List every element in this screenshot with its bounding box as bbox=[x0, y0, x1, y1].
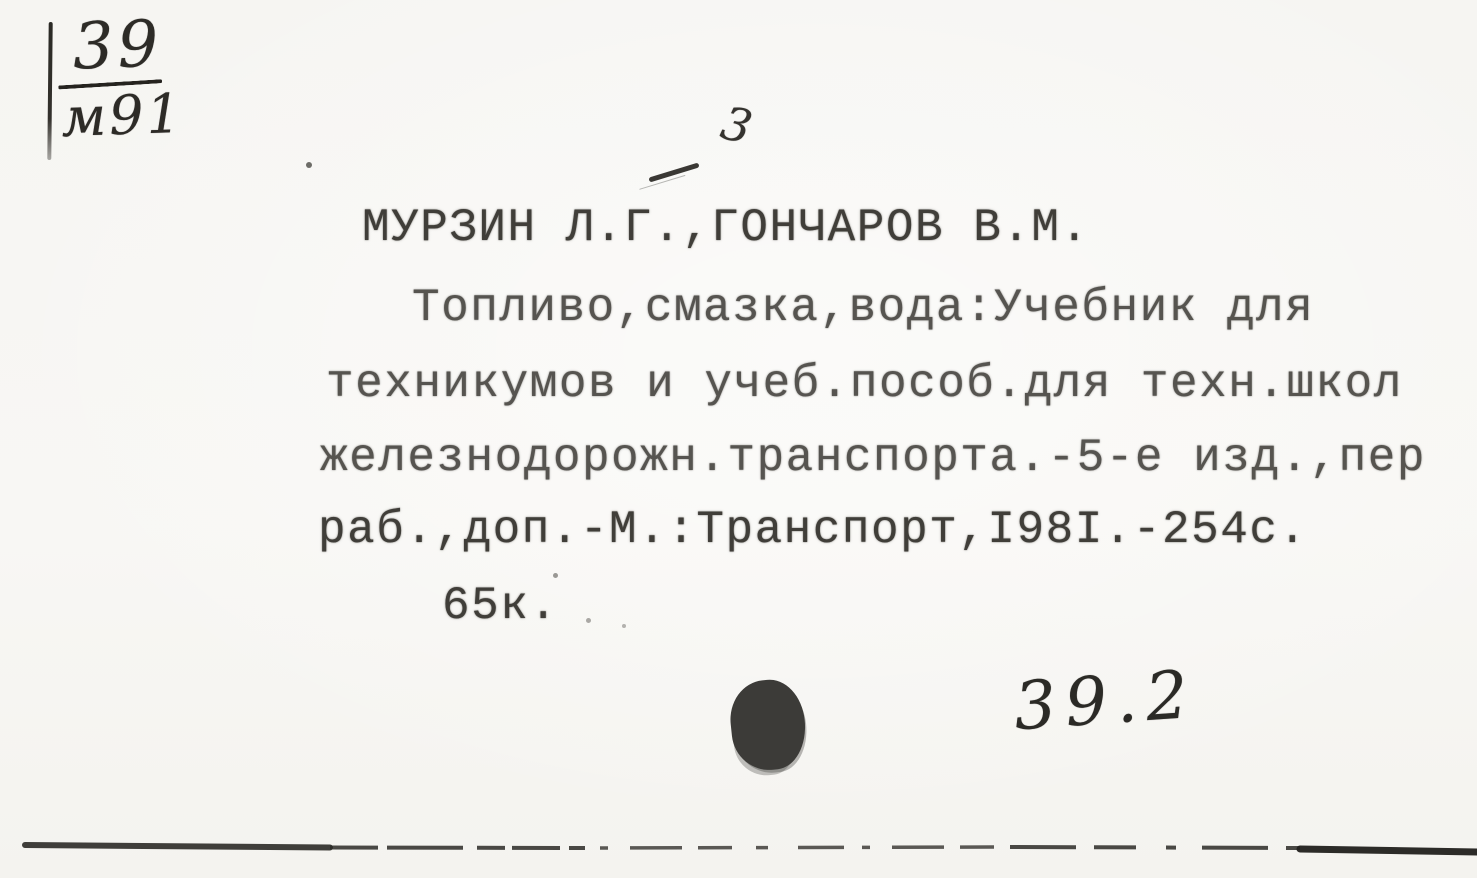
margin-line bbox=[47, 22, 52, 160]
pencil-dash-stroke bbox=[648, 163, 699, 183]
title-line: Топливо,смазка,вода:Учебник для bbox=[412, 282, 1314, 334]
call-number-class: 39 bbox=[56, 12, 183, 82]
classification-mark: 39.2 bbox=[1012, 656, 1200, 746]
call-number: 39 м91 bbox=[56, 12, 185, 146]
title-line: железнодорожн.транспорта.-5-е изд.,пер bbox=[320, 432, 1426, 484]
author-line: МУРЗИН Л.Г.,ГОНЧАРОВ В.М. bbox=[362, 202, 1090, 254]
scan-speck bbox=[586, 618, 591, 623]
scan-speck bbox=[306, 162, 312, 168]
scan-speck bbox=[622, 624, 626, 628]
title-line: техникумов и учеб.пособ.для техн.школ bbox=[326, 358, 1403, 410]
catalog-card-scan: 39 м91 3 МУРЗИН Л.Г.,ГОНЧАРОВ В.М. Топли… bbox=[0, 0, 1477, 878]
pencil-mark: 3 bbox=[716, 95, 757, 154]
ink-blot bbox=[726, 676, 809, 773]
title-line: раб.,доп.-М.:Транспорт,I98I.-254с. bbox=[318, 504, 1308, 556]
scan-speck bbox=[553, 573, 558, 578]
price: 65к. bbox=[442, 580, 558, 632]
call-number-cutter: м91 bbox=[58, 86, 184, 146]
card-bottom-edge-line bbox=[0, 834, 1477, 860]
